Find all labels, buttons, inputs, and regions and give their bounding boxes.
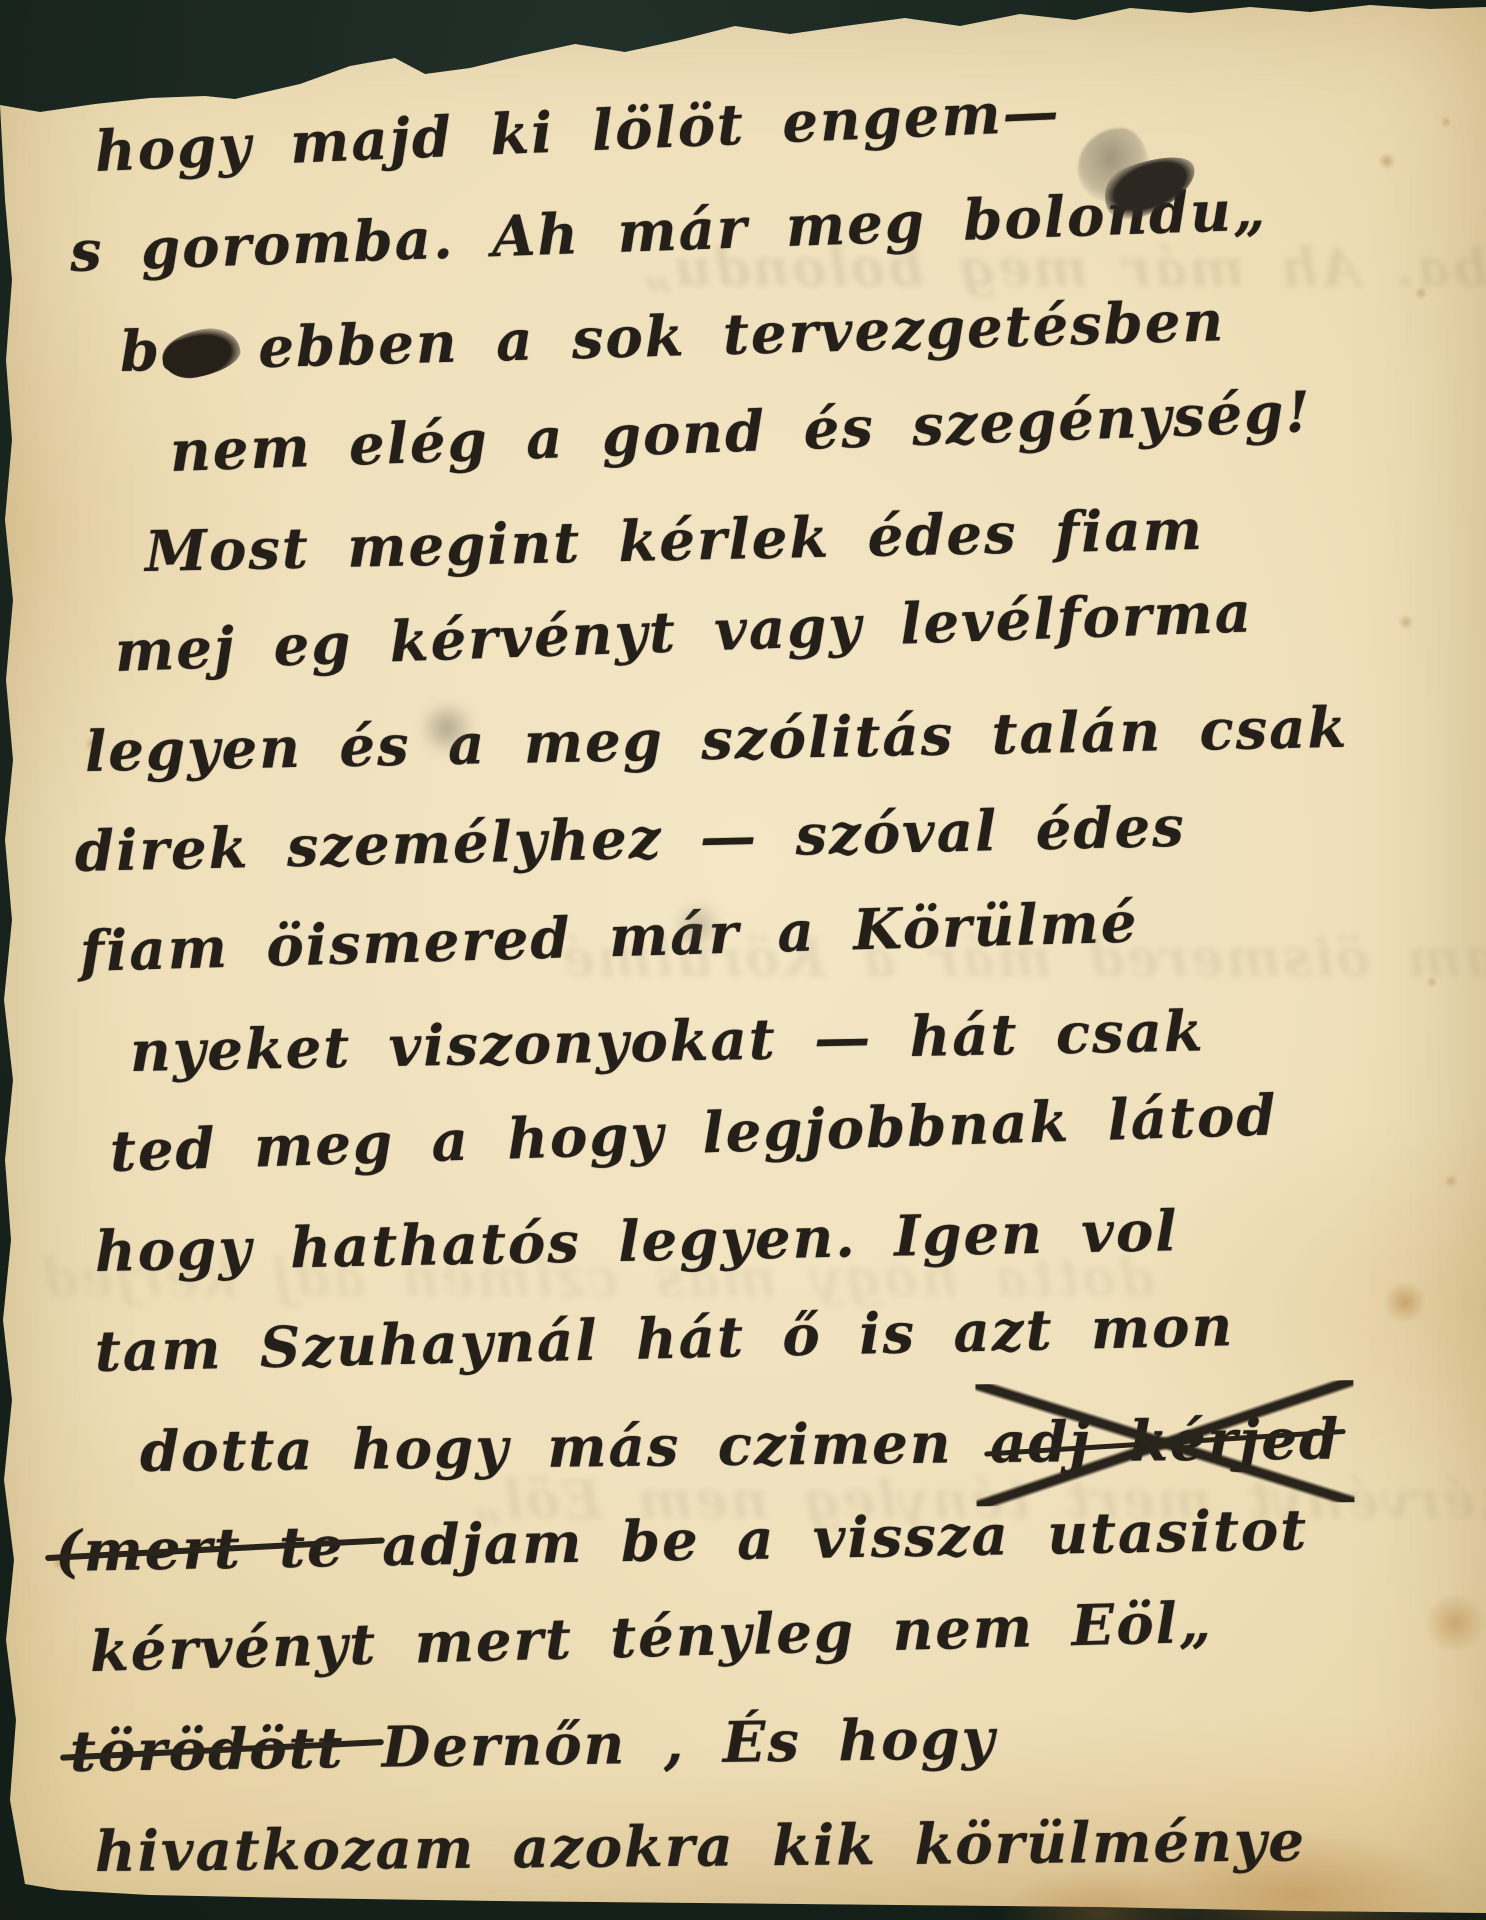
handwriting-text: Dernőn , És hogy (344, 1706, 997, 1781)
letter-line: törödött Dernőn , És hogy (69, 1682, 1486, 1802)
handwriting-text: adjam be a vissza utasitot (344, 1497, 1309, 1580)
handwriting-text: hogy majd ki lölöt engem— (94, 79, 1062, 185)
handwriting-text: fiam öismered már a Körülmé (79, 889, 1139, 985)
crossed-out-text: törödött (70, 1715, 345, 1785)
crossed-out-text: (mert te (54, 1514, 345, 1585)
handwriting-text: direk személyhez — szóval édes (74, 794, 1186, 885)
letter-line: hivatkozam azokra kik körülménye (95, 1790, 1486, 1902)
handwriting-text: dotta hogy más czimen (140, 1410, 991, 1485)
handwriting-text: legyen és a meg szólitás talán csak (84, 695, 1348, 785)
handwriting-text: mej eg kérvényt vagy levélforma (114, 579, 1254, 685)
handwriting-text: hogy hathatós legyen. Igen vol (94, 1198, 1179, 1285)
handwriting-text: nem elég a gond és szegénység! (169, 379, 1313, 485)
handwriting-text: hivatkozam azokra kik körülménye (95, 1808, 1307, 1885)
handwriting-text: kérvényt mert tényleg nem Eöl„ (89, 1590, 1214, 1685)
crossed-out-text: adj kérjed (990, 1406, 1341, 1476)
letter-text: hogy majd ki lölöt engem—s goromba. Ah m… (0, 0, 1486, 1920)
handwriting-text: ted meg a hogy legjobbnak látod (109, 1082, 1278, 1185)
handwriting-text: tam Szuhaynál hát ő is azt mon (94, 1293, 1235, 1385)
scanned-letter: s goromba. Ah már meg bolondu„fiam öisme… (0, 0, 1486, 1920)
